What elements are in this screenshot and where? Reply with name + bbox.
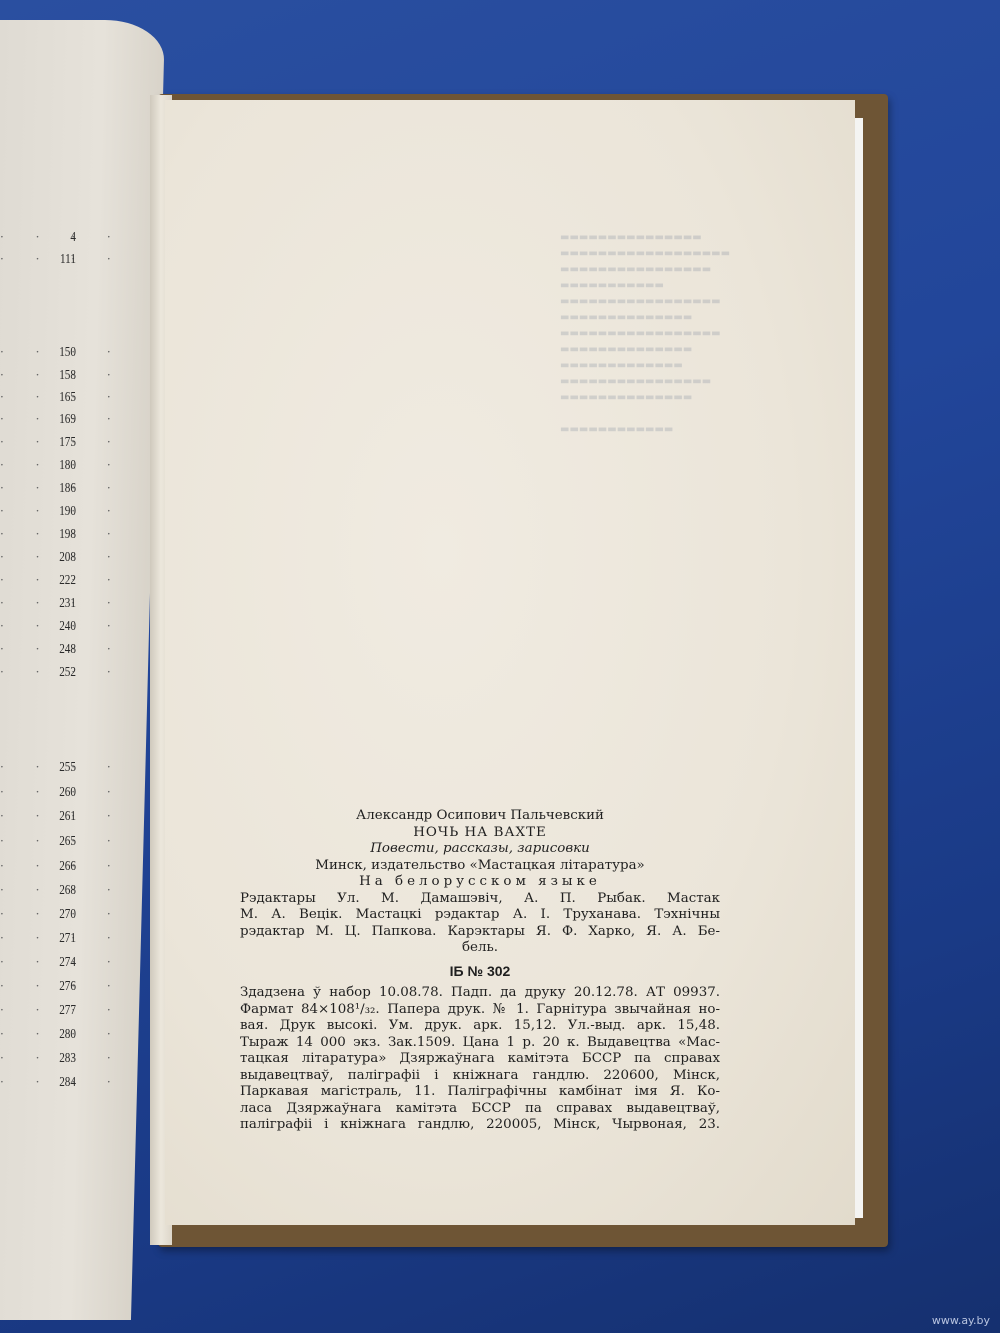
toc-entry: · · · · · · ·150: [0, 345, 160, 367]
author-name: Александр Осипович Пальчевский: [240, 808, 720, 825]
toc-entry: · · · · · · ·261: [0, 809, 160, 831]
toc-page-number: 198: [59, 527, 76, 543]
show-through-text: ▬▬▬▬▬▬▬▬▬▬▬▬▬▬▬▬▬▬▬▬▬▬▬▬▬▬▬▬▬▬▬▬▬▬▬▬▬▬▬▬…: [560, 230, 780, 500]
toc-entry: · · · · · · ·240: [0, 619, 160, 641]
toc-page-number: 248: [59, 642, 76, 658]
toc-page-number: 270: [59, 907, 76, 923]
toc-page-number: 266: [59, 859, 76, 875]
print-line: Фармат 84×108¹/₃₂. Папера друк. № 1. Гар…: [240, 1002, 720, 1019]
toc-page-number: 169: [59, 412, 76, 428]
toc-page-number: 280: [59, 1027, 76, 1043]
toc-entry: · · · · · · ·186: [0, 481, 160, 503]
toc-page-number: 252: [59, 665, 76, 681]
toc-entry: · · · · · · ·248: [0, 642, 160, 664]
genre: Повести, рассказы, зарисовки: [240, 841, 720, 858]
toc-page-number: 265: [59, 834, 76, 850]
toc-entry: · · · · · · ·255: [0, 760, 160, 782]
toc-page-number: 190: [59, 504, 76, 520]
toc-entry: · · · · · · ·276: [0, 979, 160, 1001]
print-line: Здадзена ў набор 10.08.78. Падп. да друк…: [240, 985, 720, 1002]
toc-entry: · · · · · · ·283: [0, 1051, 160, 1073]
toc-page-number: 186: [59, 481, 76, 497]
toc-entry: · · · · · · ·222: [0, 573, 160, 595]
toc-entry: · · · · · · ·265: [0, 834, 160, 856]
toc-entry: · · · · · · ·284: [0, 1075, 160, 1097]
print-line: Паркавая магістраль, 11. Паліграфічны ка…: [240, 1084, 720, 1101]
toc-entry: · · · · · · ·270: [0, 907, 160, 929]
toc-entry: · · · · · · ·268: [0, 883, 160, 905]
credits-line: Рэдактары Ул. М. Дамашэвіч, А. П. Рыбак.…: [240, 891, 720, 908]
toc-entry: · · · · · · ·190: [0, 504, 160, 526]
toc-page-number: 255: [59, 760, 76, 776]
toc-entry: · · · · · · ·180: [0, 458, 160, 480]
toc-entry: · · · · · · ·165: [0, 390, 160, 412]
toc-leader-dots: · · · · · · ·: [0, 230, 125, 244]
credits-line: бель.: [240, 940, 720, 957]
print-line: вая. Друк высокі. Ум. друк. арк. 15,12. …: [240, 1018, 720, 1035]
toc-page-number: 277: [59, 1003, 76, 1019]
toc-entry: · · · · · · ·280: [0, 1027, 160, 1049]
toc-entry: · · · · · · ·198: [0, 527, 160, 549]
credits-line: М. А. Вецік. Мастацкі рэдактар А. І. Тру…: [240, 907, 720, 924]
toc-page-number: 260: [59, 785, 76, 801]
toc-page-number: 284: [59, 1075, 76, 1091]
language-note: На белорусском языке: [240, 874, 720, 891]
toc-page-number: 150: [59, 345, 76, 361]
toc-page-number: 231: [59, 596, 76, 612]
toc-page-number: 268: [59, 883, 76, 899]
toc-entry: · · · · · · ·169: [0, 412, 160, 434]
toc-page-number: 165: [59, 390, 76, 406]
toc-page-number: 283: [59, 1051, 76, 1067]
toc-page-number: 111: [60, 252, 76, 268]
left-page-clip: · · · · · · ·4· · · · · · ·111· · · · · …: [0, 0, 165, 1333]
toc-page-number: 158: [59, 368, 76, 384]
book-title: НОЧЬ НА ВАХТЕ: [240, 825, 720, 842]
print-line: паліграфіі і кніжнага гандлю, 220005, Мі…: [240, 1117, 720, 1134]
toc-page-number: 180: [59, 458, 76, 474]
toc-entry: · · · · · · ·271: [0, 931, 160, 953]
print-line: тацкая літаратура» Дзяржаўнага камітэта …: [240, 1051, 720, 1068]
toc-entry: · · · · · · ·277: [0, 1003, 160, 1025]
toc-page-number: 276: [59, 979, 76, 995]
toc-page-number: 271: [59, 931, 76, 947]
toc-page-number: 261: [59, 809, 76, 825]
toc-page-number: 274: [59, 955, 76, 971]
toc-entry: · · · · · · ·208: [0, 550, 160, 572]
toc-entry: · · · · · · ·260: [0, 785, 160, 807]
toc-page-number: 240: [59, 619, 76, 635]
toc-entry: · · · · · · ·158: [0, 368, 160, 390]
toc-entry: · · · · · · ·274: [0, 955, 160, 977]
toc-entry: · · · · · · ·252: [0, 665, 160, 687]
toc-entry: · · · · · · ·4: [0, 230, 160, 252]
print-line: Тыраж 14 000 экз. Зак.1509. Цана 1 р. 20…: [240, 1035, 720, 1052]
toc-page-number: 208: [59, 550, 76, 566]
ib-number: ІБ № 302: [240, 963, 720, 980]
toc-entry: · · · · · · ·175: [0, 435, 160, 457]
toc-entry: · · · · · · ·266: [0, 859, 160, 881]
toc-entry: · · · · · · ·111: [0, 252, 160, 274]
toc-page-number: 222: [59, 573, 76, 589]
toc-page-number: 4: [70, 230, 76, 246]
publisher: Минск, издательство «Мастацкая літаратур…: [240, 858, 720, 875]
credits-line: рэдактар М. Ц. Папкова. Карэктары Я. Ф. …: [240, 924, 720, 941]
toc-page-number: 175: [59, 435, 76, 451]
print-line: ласа Дзяржаўнага камітэта БССР па справа…: [240, 1101, 720, 1118]
colophon: Александр Осипович Пальчевский НОЧЬ НА В…: [240, 808, 720, 1134]
toc-entry: · · · · · · ·231: [0, 596, 160, 618]
watermark: www.ay.by: [932, 1314, 990, 1327]
print-line: выдавецтваў, паліграфіі і кніжнага гандл…: [240, 1068, 720, 1085]
